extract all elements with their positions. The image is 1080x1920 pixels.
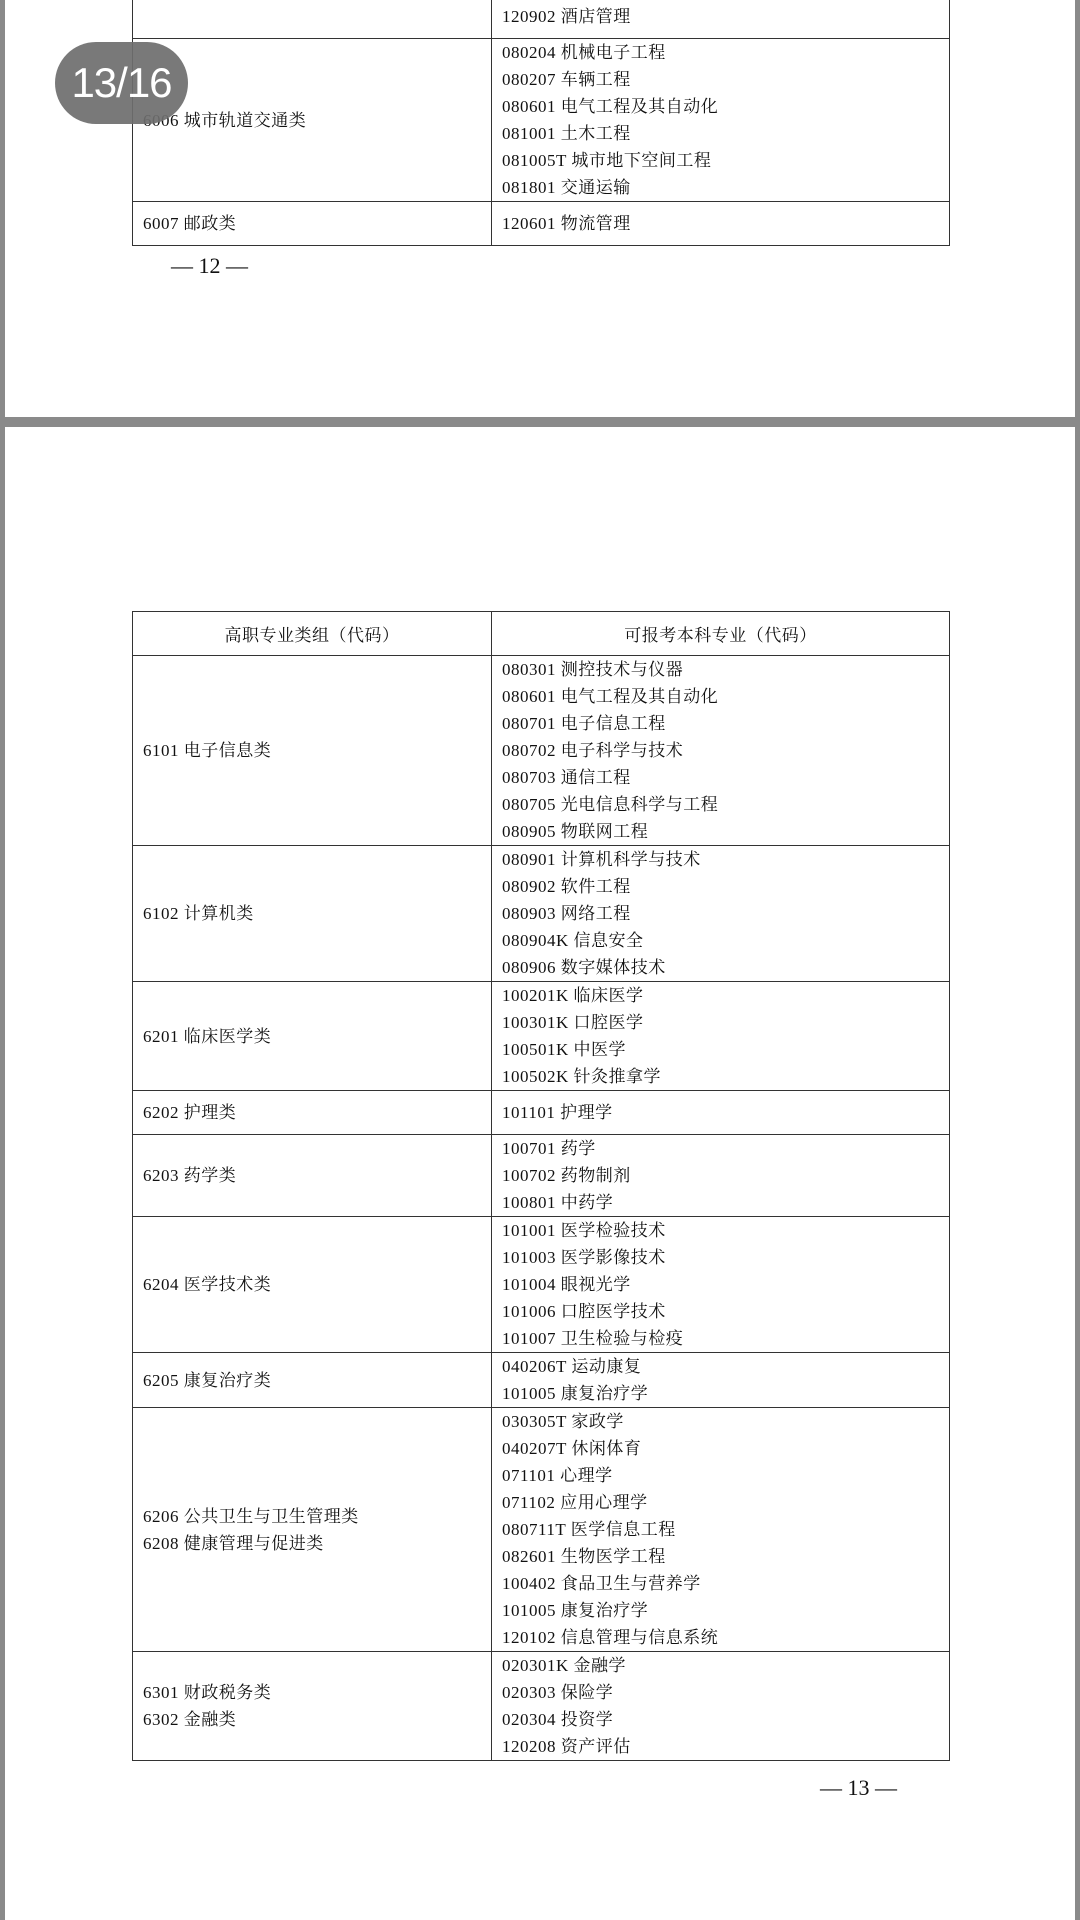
table-row: 6204 医学技术类101001 医学检验技术101003 医学影像技术1010… (133, 1217, 950, 1353)
undergrad-majors-cell: 080301 测控技术与仪器080601 电气工程及其自动化080701 电子信… (492, 656, 950, 846)
major-item: 080701 电子信息工程 (502, 710, 949, 737)
table-row: 6006 城市轨道交通类080204 机械电子工程080207 车辆工程0806… (133, 39, 950, 202)
major-item: 080601 电气工程及其自动化 (502, 93, 949, 120)
major-item: 120208 资产评估 (502, 1733, 949, 1760)
major-item: 101101 护理学 (502, 1099, 949, 1126)
vocational-group-cell: 6206 公共卫生与卫生管理类6208 健康管理与促进类 (133, 1408, 492, 1652)
undergrad-majors-cell: 080204 机械电子工程080207 车辆工程080601 电气工程及其自动化… (492, 39, 950, 202)
major-item: 100501K 中医学 (502, 1036, 949, 1063)
major-item: 040207T 休闲体育 (502, 1435, 949, 1462)
major-item: 120902 酒店管理 (502, 3, 949, 30)
major-item: 100502K 针灸推拿学 (502, 1063, 949, 1090)
group-label: 6205 康复治疗类 (143, 1367, 491, 1394)
undergrad-majors-cell: 101101 护理学 (492, 1091, 950, 1135)
table-row: 6102 计算机类080901 计算机科学与技术080902 软件工程08090… (133, 846, 950, 982)
group-label: 6202 护理类 (143, 1099, 491, 1126)
viewer-left-edge (0, 0, 5, 1920)
major-item: 080904K 信息安全 (502, 927, 949, 954)
previous-page-table: 120902 酒店管理6006 城市轨道交通类080204 机械电子工程0802… (132, 0, 950, 246)
major-item: 071101 心理学 (502, 1462, 949, 1489)
group-label: 6208 健康管理与促进类 (143, 1530, 491, 1557)
major-item: 082601 生物医学工程 (502, 1543, 949, 1570)
major-item: 040206T 运动康复 (502, 1353, 949, 1380)
undergrad-majors-cell: 120601 物流管理 (492, 202, 950, 246)
table-row: 6101 电子信息类080301 测控技术与仪器080601 电气工程及其自动化… (133, 656, 950, 846)
undergrad-majors-cell: 100201K 临床医学100301K 口腔医学100501K 中医学10050… (492, 982, 950, 1091)
major-item: 020304 投资学 (502, 1706, 949, 1733)
major-item: 101005 康复治疗学 (502, 1380, 949, 1407)
group-label: 6203 药学类 (143, 1162, 491, 1189)
major-item: 100301K 口腔医学 (502, 1009, 949, 1036)
group-label: 6201 临床医学类 (143, 1023, 491, 1050)
vocational-group-cell: 6007 邮政类 (133, 202, 492, 246)
major-item: 120601 物流管理 (502, 210, 949, 237)
major-item: 080705 光电信息科学与工程 (502, 791, 949, 818)
group-label: 6206 公共卫生与卫生管理类 (143, 1503, 491, 1530)
major-item: 100801 中药学 (502, 1189, 949, 1216)
group-label: 6302 金融类 (143, 1706, 491, 1733)
major-item: 100201K 临床医学 (502, 982, 949, 1009)
vocational-group-cell: 6202 护理类 (133, 1091, 492, 1135)
major-item: 080301 测控技术与仪器 (502, 656, 949, 683)
vocational-group-cell: 6301 财政税务类6302 金融类 (133, 1652, 492, 1761)
vocational-group-cell: 6204 医学技术类 (133, 1217, 492, 1353)
major-item: 081001 土木工程 (502, 120, 949, 147)
table-row: 6206 公共卫生与卫生管理类6208 健康管理与促进类030305T 家政学0… (133, 1408, 950, 1652)
table-row: 6205 康复治疗类040206T 运动康复101005 康复治疗学 (133, 1353, 950, 1408)
major-item: 101004 眼视光学 (502, 1271, 949, 1298)
vocational-group-cell: 6006 城市轨道交通类 (133, 39, 492, 202)
major-item: 101003 医学影像技术 (502, 1244, 949, 1271)
major-mapping-table: 高职专业类组（代码） 可报考本科专业（代码） 6101 电子信息类080301 … (132, 611, 950, 1761)
page-separator (0, 417, 1080, 427)
major-item: 080903 网络工程 (502, 900, 949, 927)
major-item: 100701 药学 (502, 1135, 949, 1162)
major-item: 081801 交通运输 (502, 174, 949, 201)
vocational-group-cell: 6102 计算机类 (133, 846, 492, 982)
table-row: 6301 财政税务类6302 金融类020301K 金融学020303 保险学0… (133, 1652, 950, 1761)
undergrad-majors-cell: 020301K 金融学020303 保险学020304 投资学120208 资产… (492, 1652, 950, 1761)
group-label: 6204 医学技术类 (143, 1271, 491, 1298)
major-item: 081005T 城市地下空间工程 (502, 147, 949, 174)
major-item: 080601 电气工程及其自动化 (502, 683, 949, 710)
major-item: 101006 口腔医学技术 (502, 1298, 949, 1325)
major-item: 080906 数字媒体技术 (502, 954, 949, 981)
group-label (143, 3, 491, 30)
major-item: 101007 卫生检验与检疫 (502, 1325, 949, 1352)
page-number-13: — 13 — (820, 1775, 897, 1801)
vocational-group-cell: 6101 电子信息类 (133, 656, 492, 846)
vocational-group-cell: 6201 临床医学类 (133, 982, 492, 1091)
major-item: 080204 机械电子工程 (502, 39, 949, 66)
major-item: 080902 软件工程 (502, 873, 949, 900)
major-item: 020303 保险学 (502, 1679, 949, 1706)
major-item: 100702 药物制剂 (502, 1162, 949, 1189)
undergrad-majors-cell: 080901 计算机科学与技术080902 软件工程080903 网络工程080… (492, 846, 950, 982)
header-undergrad-major: 可报考本科专业（代码） (492, 612, 950, 656)
undergrad-majors-cell: 100701 药学100702 药物制剂100801 中药学 (492, 1135, 950, 1217)
table-row: 120902 酒店管理 (133, 0, 950, 39)
header-vocational-group: 高职专业类组（代码） (133, 612, 492, 656)
table-row: 6203 药学类100701 药学100702 药物制剂100801 中药学 (133, 1135, 950, 1217)
undergrad-majors-cell: 030305T 家政学040207T 休闲体育071101 心理学071102 … (492, 1408, 950, 1652)
undergrad-majors-cell: 120902 酒店管理 (492, 0, 950, 39)
table-row: 6202 护理类101101 护理学 (133, 1091, 950, 1135)
major-item: 080703 通信工程 (502, 764, 949, 791)
viewer-right-edge (1075, 0, 1080, 1920)
vocational-group-cell: 6205 康复治疗类 (133, 1353, 492, 1408)
major-item: 071102 应用心理学 (502, 1489, 949, 1516)
major-item: 101005 康复治疗学 (502, 1597, 949, 1624)
major-item: 080901 计算机科学与技术 (502, 846, 949, 873)
undergrad-majors-cell: 101001 医学检验技术101003 医学影像技术101004 眼视光学101… (492, 1217, 950, 1353)
major-item: 101001 医学检验技术 (502, 1217, 949, 1244)
group-label: 6006 城市轨道交通类 (143, 107, 491, 134)
vocational-group-cell: 6203 药学类 (133, 1135, 492, 1217)
major-item: 120102 信息管理与信息系统 (502, 1624, 949, 1651)
major-item: 080702 电子科学与技术 (502, 737, 949, 764)
group-label: 6101 电子信息类 (143, 737, 491, 764)
major-item: 030305T 家政学 (502, 1408, 949, 1435)
major-item: 100402 食品卫生与营养学 (502, 1570, 949, 1597)
major-item: 080207 车辆工程 (502, 66, 949, 93)
major-item: 080905 物联网工程 (502, 818, 949, 845)
major-item: 020301K 金融学 (502, 1652, 949, 1679)
table-row: 6007 邮政类120601 物流管理 (133, 202, 950, 246)
table-header-row: 高职专业类组（代码） 可报考本科专业（代码） (133, 612, 950, 656)
page-indicator-badge: 13/16 (55, 42, 188, 124)
group-label: 6301 财政税务类 (143, 1679, 491, 1706)
major-item: 080711T 医学信息工程 (502, 1516, 949, 1543)
table-row: 6201 临床医学类100201K 临床医学100301K 口腔医学100501… (133, 982, 950, 1091)
group-label: 6007 邮政类 (143, 210, 491, 237)
vocational-group-cell (133, 0, 492, 39)
page-number-12: — 12 — (171, 253, 248, 279)
group-label: 6102 计算机类 (143, 900, 491, 927)
undergrad-majors-cell: 040206T 运动康复101005 康复治疗学 (492, 1353, 950, 1408)
